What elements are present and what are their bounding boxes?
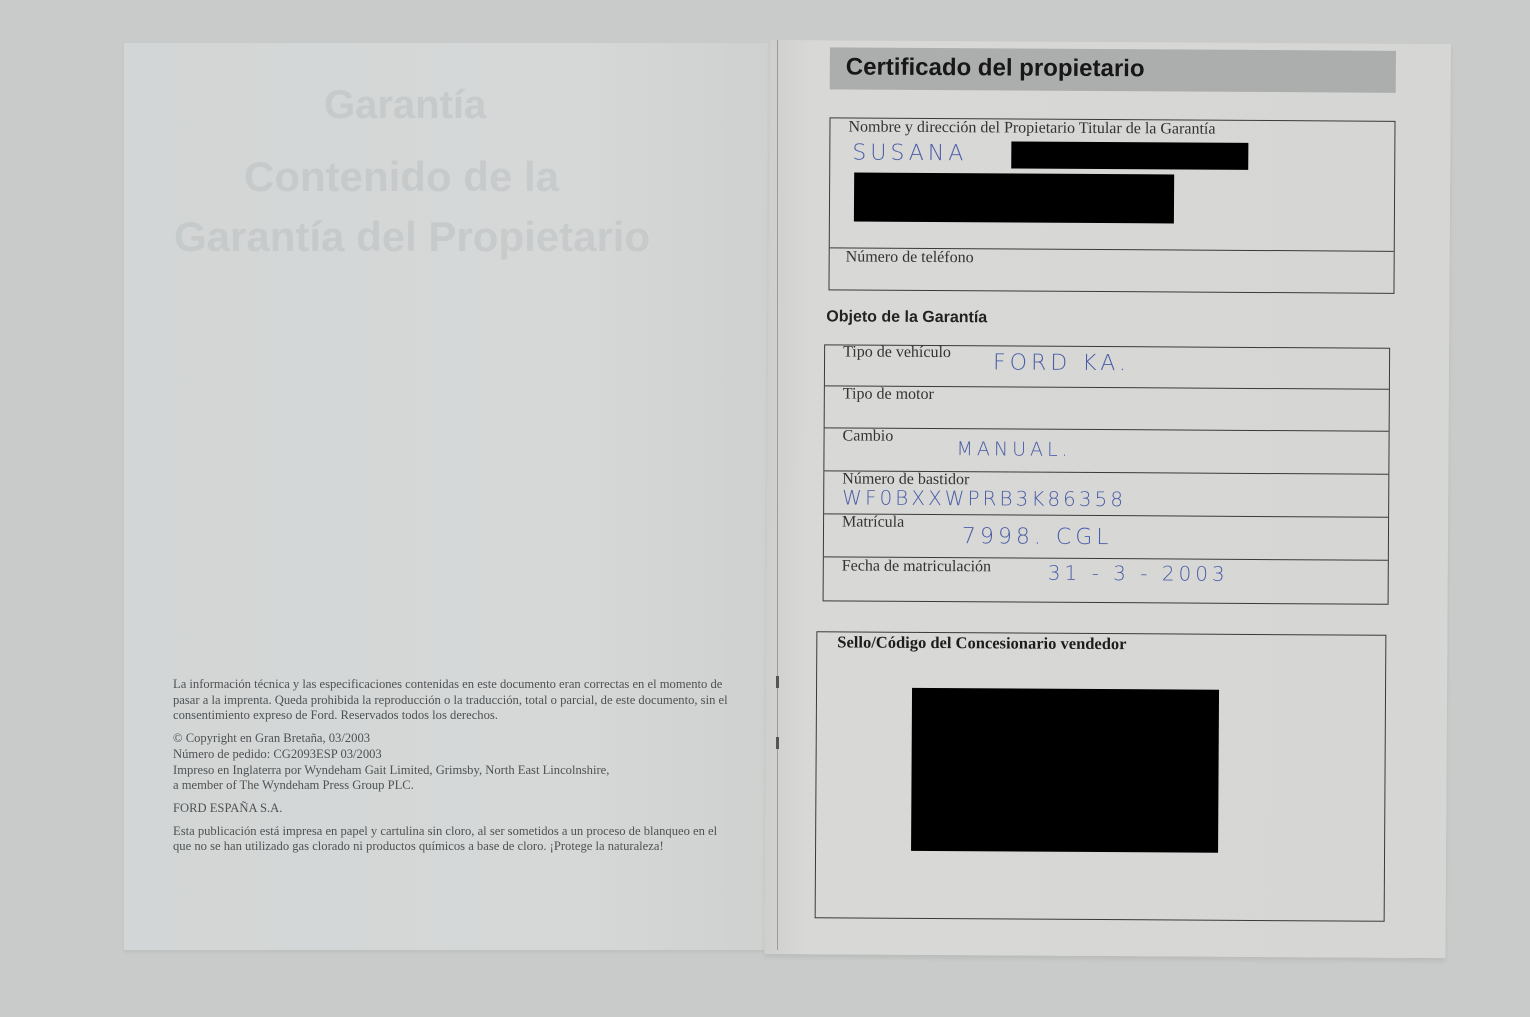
warranty-object-heading: Objeto de la Garantía	[826, 308, 987, 327]
page-title: Certificado del propietario	[846, 53, 1145, 83]
legal-notice: La información técnica y las especificac…	[173, 677, 733, 862]
vehicle-details-table: Tipo de vehículo FORD KA. Tipo de motor …	[823, 344, 1391, 604]
show-through-text: Contenido de la	[244, 153, 559, 201]
vehicle-type-label: Tipo de vehículo	[843, 343, 951, 362]
show-through-text: Garantía del Propietario	[174, 213, 650, 261]
transmission-value: MANUAL.	[956, 438, 1071, 461]
printer-line: Impreso en Inglaterra por Wyndeham Gait …	[173, 763, 609, 777]
owner-box: Nombre y dirección del Propietario Titul…	[828, 117, 1395, 293]
copyright-block: © Copyright en Gran Bretaña, 03/2003 Núm…	[173, 731, 733, 794]
title-bar: Certificado del propietario	[830, 47, 1396, 92]
book-spine	[777, 40, 778, 950]
redacted-surname	[1011, 141, 1248, 169]
chassis-number-value: WF0BXXWPRB3K86358	[842, 485, 1126, 511]
owner-name-handwritten: SUSANA	[852, 141, 967, 167]
registration-date-label: Fecha de matriculación	[842, 557, 991, 576]
registration-date-value: 31 - 3 - 2003	[1048, 561, 1229, 586]
redacted-dealer-stamp	[911, 688, 1219, 853]
redacted-address	[854, 173, 1174, 224]
copyright-line: © Copyright en Gran Bretaña, 03/2003	[173, 731, 370, 745]
order-number-line: Número de pedido: CG2093ESP 03/2003	[173, 747, 382, 761]
name-address-label: Nombre y dirección del Propietario Titul…	[848, 118, 1215, 138]
transmission-label: Cambio	[843, 427, 894, 445]
environment-note: Esta publicación está impresa en papel y…	[173, 824, 733, 855]
phone-label: Número de teléfono	[846, 248, 974, 267]
dealer-stamp-title: Sello/Código del Concesionario vendedor	[837, 632, 1126, 654]
engine-type-label: Tipo de motor	[843, 385, 934, 404]
printer-group-line: a member of The Wyndeham Press Group PLC…	[173, 778, 414, 792]
divider	[825, 427, 1389, 431]
divider	[824, 513, 1388, 517]
show-through-text: Garantía	[324, 83, 486, 128]
table-row-vehicle-type: Tipo de vehículo FORD KA.	[825, 345, 1389, 348]
plate-label: Matrícula	[842, 513, 904, 531]
plate-value: 7998. CGL	[962, 524, 1113, 550]
disclaimer-text: La información técnica y las especificac…	[173, 677, 733, 724]
staple	[776, 737, 779, 749]
right-page: Certificado del propietario Nombre y dir…	[764, 40, 1451, 958]
dealer-stamp-box: Sello/Código del Concesionario vendedor	[815, 631, 1387, 921]
vehicle-type-value: FORD KA.	[993, 350, 1130, 376]
left-page: Garantía Contenido de la Garantía del Pr…	[124, 43, 770, 950]
company-name: FORD ESPAÑA S.A.	[173, 801, 733, 817]
staple	[776, 676, 779, 688]
